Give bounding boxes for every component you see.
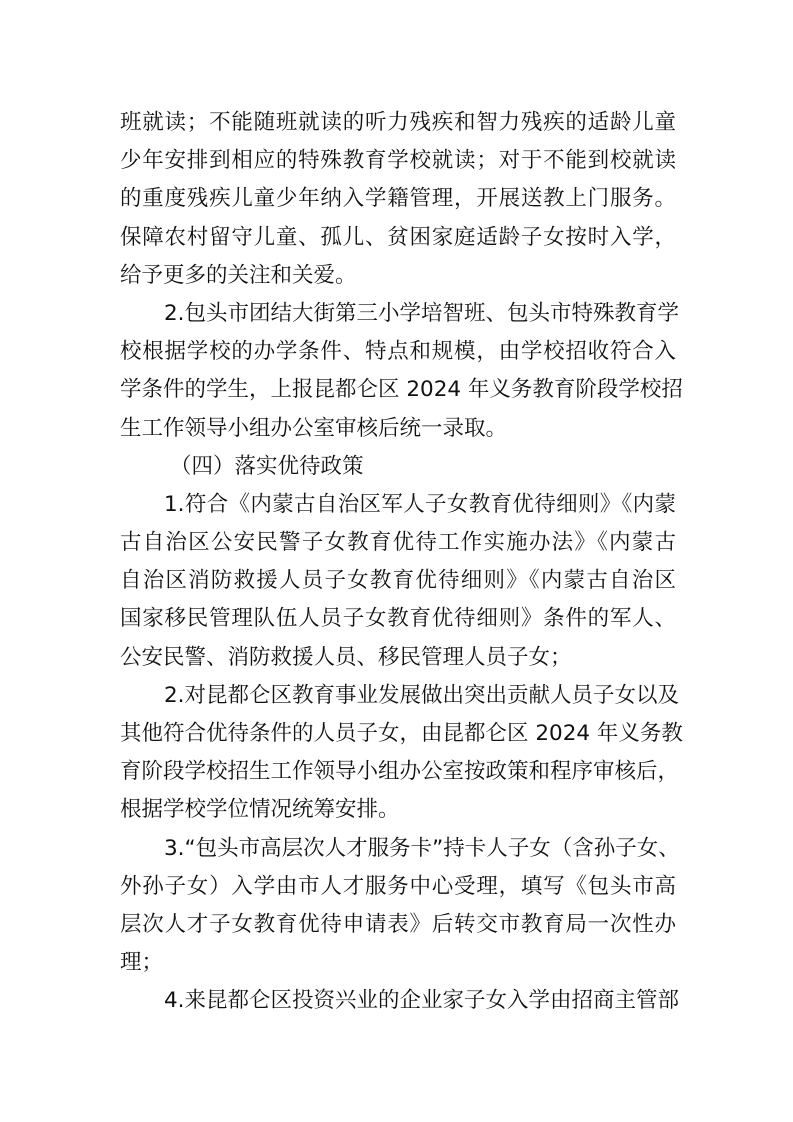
text-line: 其他符合优待条件的人员子女，由昆都仑区 2024 年义务教 — [120, 715, 676, 753]
text-line: 外孙子女）入学由市人才服务中心受理，填写《包头市高 — [120, 868, 676, 906]
text-line: 层次人才子女教育优待申请表》后转交市教育局一次性办 — [120, 906, 676, 944]
text-line: 校根据学校的办学条件、特点和规模，由学校招收符合入 — [120, 333, 676, 371]
text-line: 3.“包头市高层次人才服务卡”持卡人子女（含孙子女、 — [120, 830, 676, 868]
text-line: 古自治区公安民警子女教育优待工作实施办法》《内蒙古 — [120, 524, 676, 562]
text-line: 根据学校学位情况统筹安排。 — [120, 791, 676, 829]
text-line: 班就读；不能随班就读的听力残疾和智力残疾的适龄儿童 — [120, 104, 676, 142]
text-line: 4.来昆都仑区投资兴业的企业家子女入学由招商主管部 — [120, 982, 676, 1020]
text-line: 公安民警、消防救援人员、移民管理人员子女； — [120, 639, 676, 677]
text-line: 理； — [120, 944, 676, 982]
text-line: 的重度残疾儿童少年纳入学籍管理，开展送教上门服务。 — [120, 180, 676, 218]
section-heading: （四）落实优待政策 — [120, 448, 676, 486]
text-line: 学条件的学生，上报昆都仑区 2024 年义务教育阶段学校招 — [120, 371, 676, 409]
text-line: 保障农村留守儿童、孤儿、贫困家庭适龄子女按时入学， — [120, 219, 676, 257]
document-page: 班就读；不能随班就读的听力残疾和智力残疾的适龄儿童少年安排到相应的特殊教育学校就… — [120, 104, 676, 1021]
text-line: 自治区消防救援人员子女教育优待细则》《内蒙古自治区 — [120, 562, 676, 600]
text-line: 国家移民管理队伍人员子女教育优待细则》条件的军人、 — [120, 600, 676, 638]
text-line: 生工作领导小组办公室审核后统一录取。 — [120, 410, 676, 448]
text-line: 少年安排到相应的特殊教育学校就读；对于不能到校就读 — [120, 142, 676, 180]
text-line: 育阶段学校招生工作领导小组办公室按政策和程序审核后， — [120, 753, 676, 791]
text-line: 给予更多的关注和关爱。 — [120, 257, 676, 295]
text-line: 2.对昆都仑区教育事业发展做出突出贡献人员子女以及 — [120, 677, 676, 715]
text-line: 1.符合《内蒙古自治区军人子女教育优待细则》《内蒙 — [120, 486, 676, 524]
text-line: 2.包头市团结大街第三小学培智班、包头市特殊教育学 — [120, 295, 676, 333]
